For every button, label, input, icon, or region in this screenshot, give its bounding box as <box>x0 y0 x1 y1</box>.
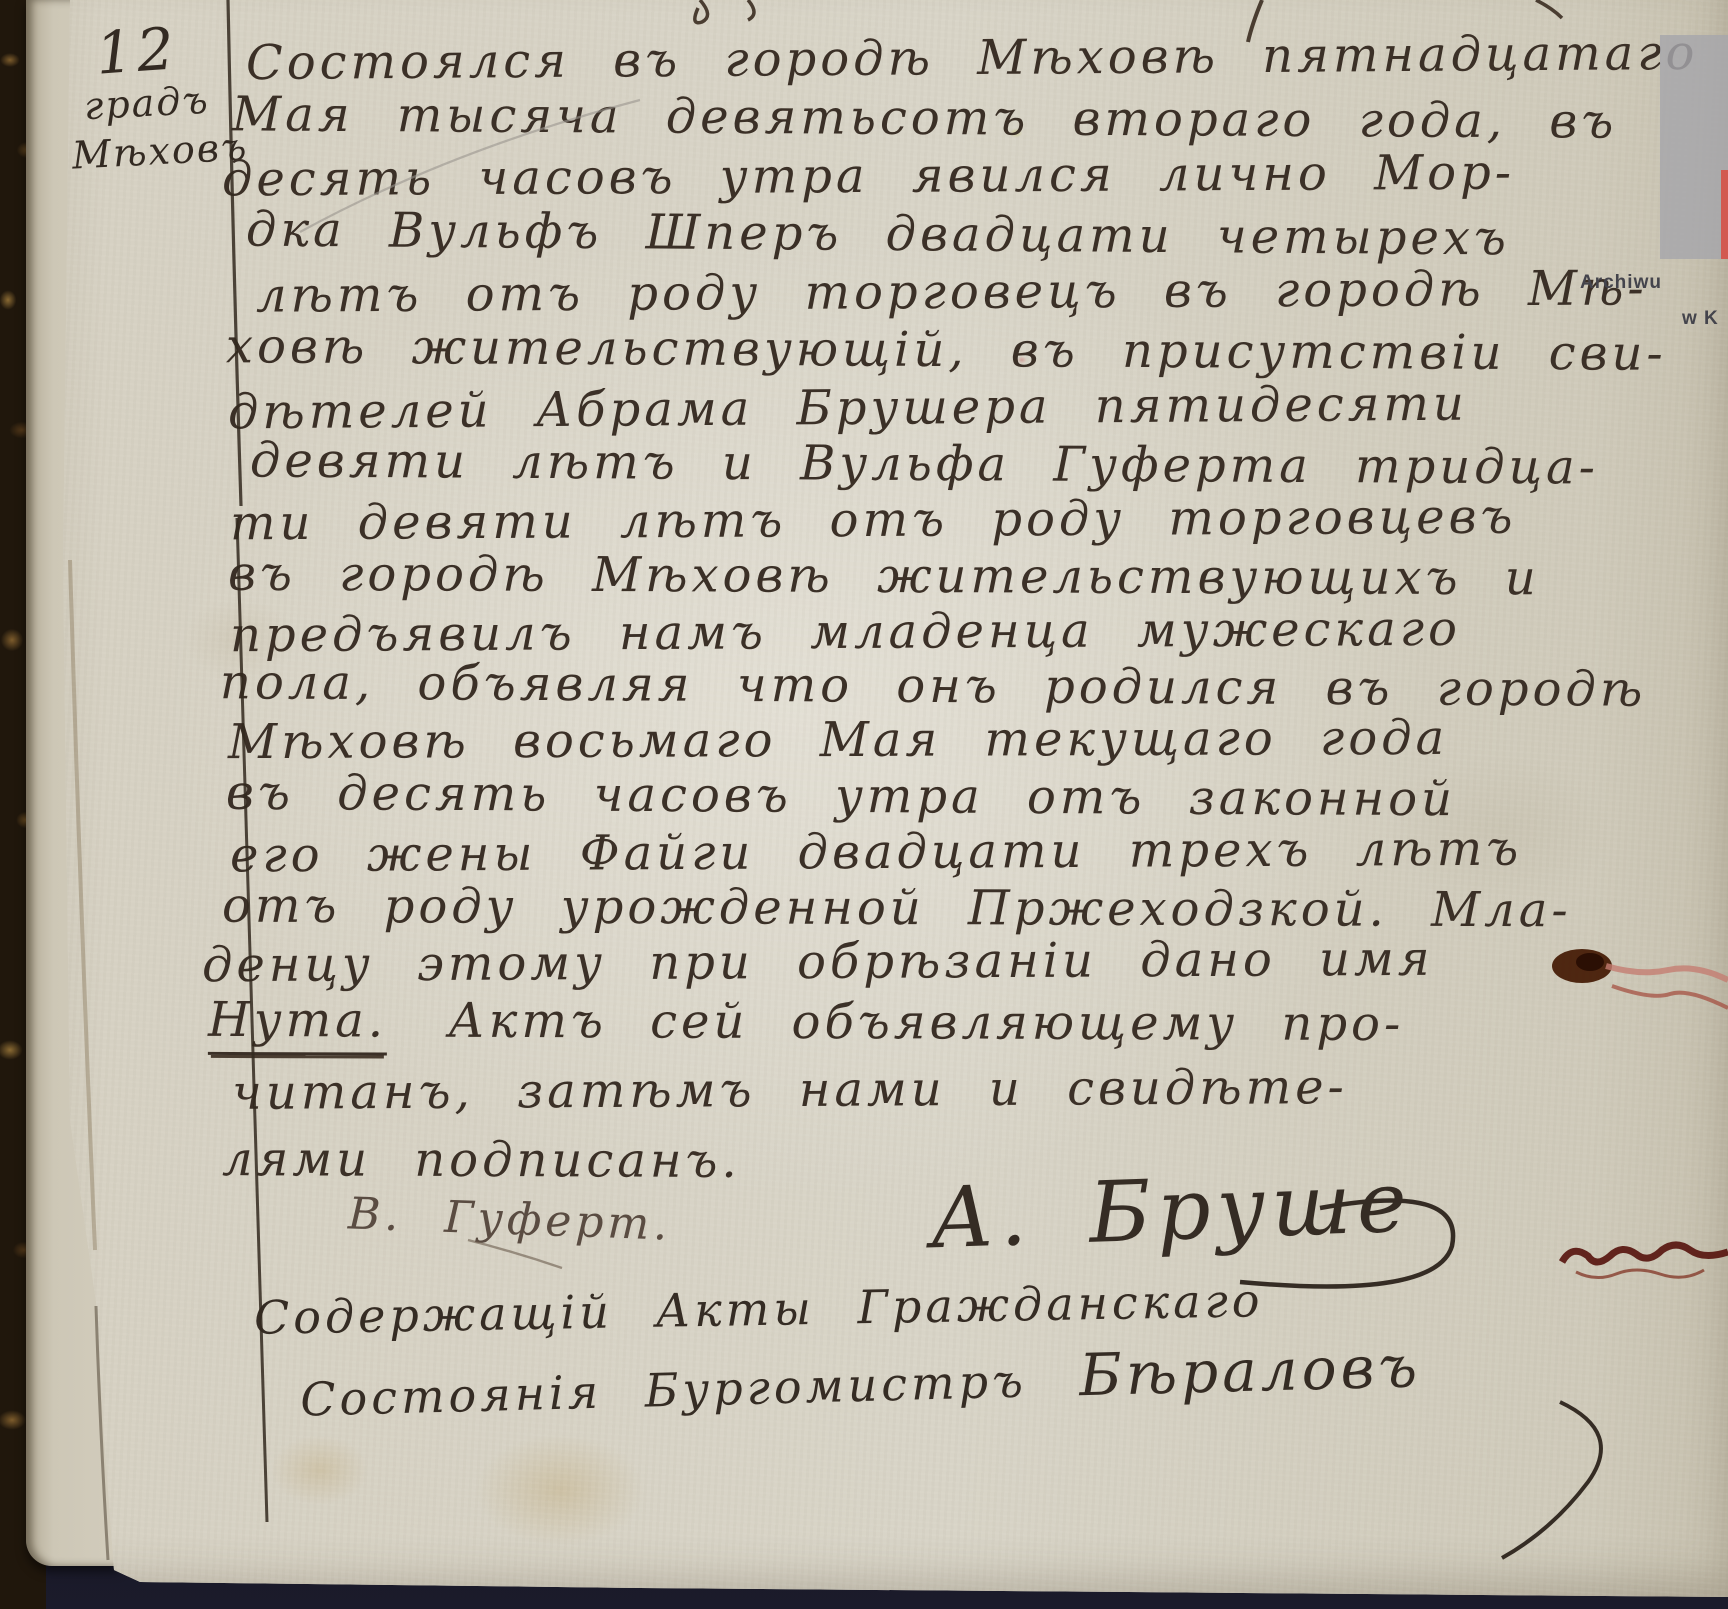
body-line: десять часовъ утра явился лично Мор- <box>222 149 1515 204</box>
body-line: ти девяти лѣтъ отъ роду торговцевъ <box>230 493 1517 548</box>
watermark-text-line2: w K <box>1682 308 1719 330</box>
act-number: 12 <box>94 19 180 83</box>
witness-signature: В. Гуферт. <box>347 1192 672 1247</box>
body-line: пола, объявляя что онъ родился въ городѣ <box>220 658 1647 713</box>
body-line: въ городѣ Мѣховѣ жительствующихъ и <box>228 550 1540 603</box>
body-line: дѣтелей Абрама Брушера пятидесяти <box>228 380 1468 437</box>
watermark-gray-band <box>1660 35 1728 259</box>
body-line: Состоялся въ городѣ Мѣховѣ пятнадцатаго <box>246 29 1699 87</box>
body-line: предъявилъ намъ младенца мужескаго <box>230 605 1461 659</box>
body-line: лями подписанъ. <box>222 1135 741 1185</box>
official-surname-signature: Бѣраловъ <box>1078 1332 1421 1409</box>
line-after-name: Актъ сей объявляющему про- <box>448 993 1404 1052</box>
body-line: лѣтъ отъ роду торговецъ въ городѣ Мѣ- <box>256 264 1648 319</box>
scanned-registry-page: 12 градъ Мѣховъ Состоялся въ городѣ Мѣхо… <box>0 0 1728 1609</box>
body-line: денцу этому при обрѣзаніи дано имя <box>202 935 1434 989</box>
body-line: его жены Файги двадцати трехъ лѣтъ <box>230 825 1522 880</box>
body-line: дка Вульфъ Шперъ двадцати четырехъ <box>246 206 1510 263</box>
body-line: въ десять часовъ утра отъ законной <box>226 769 1456 823</box>
body-line: девяти лѣтъ и Вульфа Гуферта тридца- <box>250 436 1599 491</box>
watermark-text-line1: Archiwu <box>1580 272 1662 294</box>
body-line-child-name: Нута. Актъ сей объявляющему про- <box>208 996 1404 1048</box>
body-line: отъ роду урожденной Пржеходзкой. Мла- <box>222 882 1572 935</box>
declarant-signature: А. Бруше <box>929 1160 1414 1261</box>
margin-place-word1: градъ <box>83 81 210 126</box>
body-line: читанъ, затѣмъ нами и свидѣте- <box>232 1063 1348 1117</box>
child-name-underlined: Нута. <box>208 992 387 1056</box>
body-line: ховѣ жительствующій, въ присутствіи сви- <box>226 322 1667 378</box>
watermark-red-strip <box>1721 170 1728 259</box>
body-line: Мая тысяча девятьсотъ втораго года, въ <box>232 90 1618 145</box>
body-line: Мѣховѣ восьмаго Мая текущаго года <box>228 714 1448 766</box>
